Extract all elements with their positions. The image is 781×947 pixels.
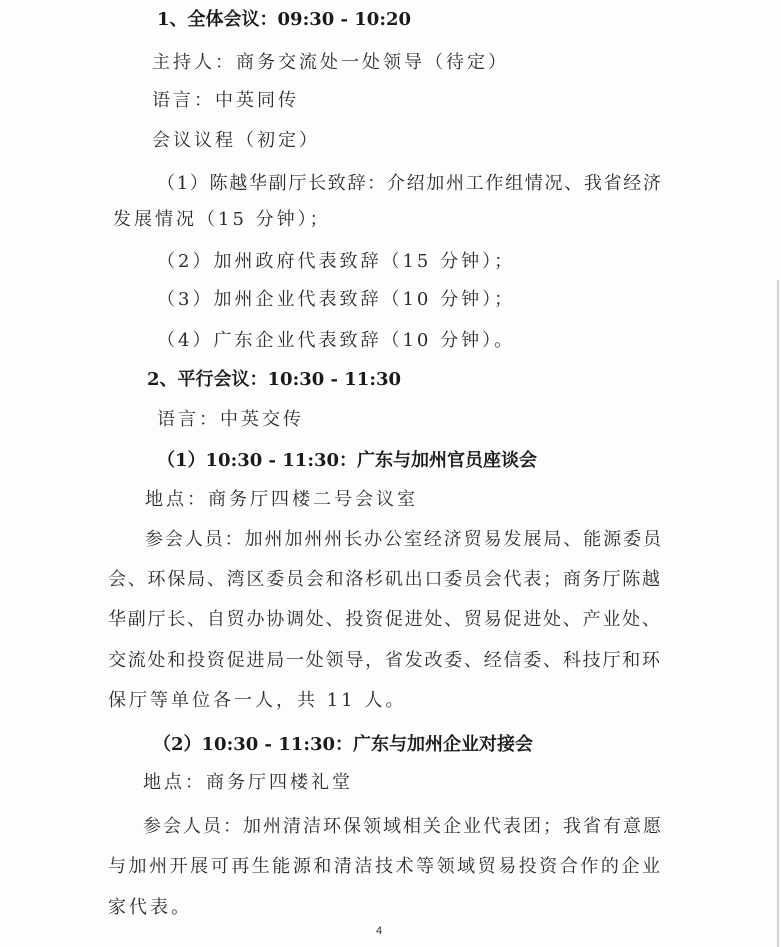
agenda-item-1-line1: （1）陈越华副厅长致辞：介绍加州工作组情况、我省经济 (157, 172, 661, 196)
sub1-heading-title: 广东与加州官员座谈会 (357, 450, 537, 471)
section1-heading-label: 1、全体会议： (157, 9, 278, 30)
agenda-item-3: （3）加州企业代表致辞（10 分钟）； (157, 288, 515, 312)
section1-agenda-title: 会议议程（初定） (152, 129, 320, 153)
sub1-heading-time: 10:30 - 11:30： (206, 450, 358, 471)
sub2-attendees-line-3: 家代表。 (108, 896, 192, 920)
section2-heading-label: 2、平行会议： (147, 369, 268, 390)
sub2-heading-time: 10:30 - 11:30： (202, 734, 354, 755)
agenda-item-2: （2）加州政府代表致辞（15 分钟）； (157, 250, 515, 274)
sub2-attendees-line-1: 参会人员：加州清洁环保领域相关企业代表团；我省有意愿 (143, 815, 661, 839)
sub2-location: 地点：商务厅四楼礼堂 (143, 771, 353, 795)
agenda-item-1-line2: 发展情况（15 分钟）； (113, 208, 331, 232)
sub2-attendees-line-2: 与加州开展可再生能源和清洁技术等领域贸易投资合作的企业 (108, 855, 660, 879)
scan-edge-divider (777, 280, 779, 947)
sub2-heading-title: 广东与加州企业对接会 (353, 734, 533, 755)
sub1-attendees-line-4: 交流处和投资促进局一处领导，省发改委、经信委、科技厅和环 (108, 649, 660, 673)
page-number: 4 (376, 925, 382, 937)
section1-language: 语言：中英同传 (152, 89, 299, 113)
section1-heading-time: 09:30 - 10:20 (278, 9, 412, 30)
section1-host: 主持人：商务交流处一处领导（待定） (152, 51, 509, 75)
sub1-location: 地点：商务厅四楼二号会议室 (145, 488, 418, 512)
sub1-attendees-line-5: 保厅等单位各一人，共 11 人。 (108, 689, 406, 713)
section2-heading: 2、平行会议：10:30 - 11:30 (147, 368, 401, 392)
section2-heading-time: 10:30 - 11:30 (268, 369, 402, 390)
sub2-heading-num: （2） (153, 734, 202, 755)
sub1-attendees-line-1: 参会人员：加州加州州长办公室经济贸易发展局、能源委员 (145, 528, 661, 552)
sub1-attendees-line-3: 华副厅长、自贸办协调处、投资促进处、贸易促进处、产业处、 (108, 608, 660, 632)
sub2-heading: （2）10:30 - 11:30：广东与加州企业对接会 (153, 733, 533, 757)
section2-language: 语言：中英交传 (157, 408, 304, 432)
sub1-heading-num: （1） (157, 450, 206, 471)
section1-heading: 1、全体会议：09:30 - 10:20 (157, 8, 411, 32)
sub1-heading: （1）10:30 - 11:30：广东与加州官员座谈会 (157, 449, 537, 473)
agenda-item-4: （4）广东企业代表致辞（10 分钟）。 (157, 329, 515, 353)
sub1-attendees-line-2: 会、环保局、湾区委员会和洛杉矶出口委员会代表；商务厅陈越 (108, 568, 660, 592)
